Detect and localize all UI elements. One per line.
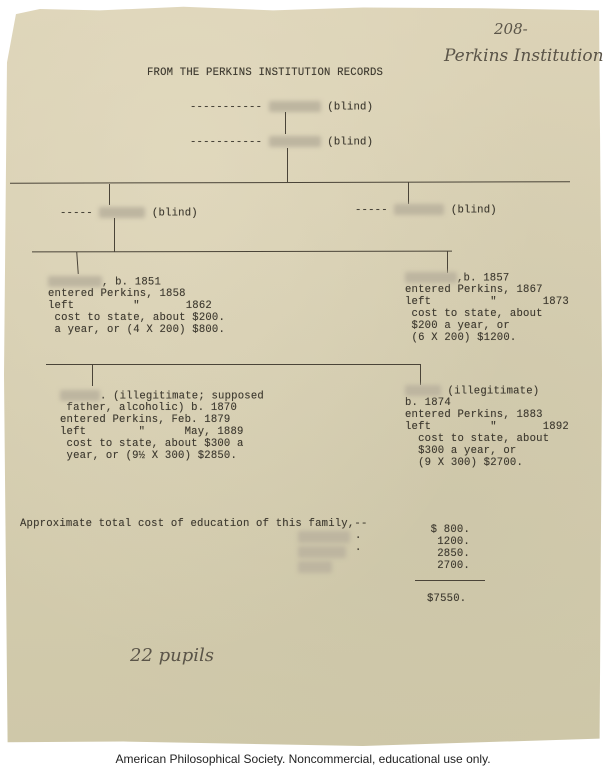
cost-item: $ 800. bbox=[431, 524, 470, 536]
tree-line bbox=[447, 251, 448, 273]
tree-line bbox=[420, 364, 421, 385]
copyright-footer: American Philosophical Society. Noncomme… bbox=[0, 752, 606, 766]
tree-line bbox=[287, 148, 288, 182]
total-cost: $7550. bbox=[427, 593, 466, 605]
tree-line bbox=[285, 112, 286, 134]
tree-line bbox=[114, 218, 115, 252]
grandparent-1: ----------- (blind) bbox=[190, 101, 373, 113]
grandparent-2: ----------- (blind) bbox=[190, 136, 373, 148]
redacted-name bbox=[269, 136, 321, 147]
redacted-name bbox=[48, 276, 102, 287]
cost-item: 2700. bbox=[437, 560, 470, 572]
child-1-record: , b. 1851 entered Perkins, 1858 left " 1… bbox=[48, 276, 225, 336]
redacted-name bbox=[394, 204, 444, 215]
document-page bbox=[4, 3, 602, 746]
cost-list: $ 800. 1200. 2850. 2700. bbox=[420, 524, 470, 572]
redaction-dot: . bbox=[355, 542, 362, 554]
child-4-record: (illegitimate) b. 1874 entered Perkins, … bbox=[405, 385, 569, 469]
tree-line bbox=[109, 184, 110, 205]
redacted-name bbox=[405, 385, 441, 396]
handwritten-number: 208- bbox=[494, 20, 528, 38]
parent-father: ----- (blind) bbox=[60, 207, 198, 219]
redacted-name bbox=[99, 207, 145, 218]
total-label: Approximate total cost of education of t… bbox=[20, 518, 368, 530]
handwritten-note: 22 pupils bbox=[130, 645, 214, 666]
cost-item: 2850. bbox=[437, 548, 470, 560]
redacted-names-block bbox=[298, 531, 350, 573]
parent-mother: ----- (blind) bbox=[355, 204, 497, 216]
sum-rule bbox=[415, 580, 485, 581]
document-title: FROM THE PERKINS INSTITUTION RECORDS bbox=[147, 67, 383, 79]
redaction-dot: . bbox=[355, 530, 362, 542]
redacted-name bbox=[60, 390, 100, 401]
tree-line bbox=[408, 182, 409, 204]
tree-line bbox=[46, 364, 421, 365]
handwritten-header: Perkins Institution bbox=[444, 46, 604, 66]
child-2-record: ,b. 1857 entered Perkins, 1867 left " 18… bbox=[405, 272, 569, 344]
child-3-record: . (illegitimate; supposed father, alcoho… bbox=[60, 390, 264, 462]
cost-item: 1200. bbox=[437, 536, 470, 548]
tree-line bbox=[92, 365, 93, 386]
redacted-name bbox=[269, 101, 321, 112]
redacted-name bbox=[405, 272, 457, 283]
